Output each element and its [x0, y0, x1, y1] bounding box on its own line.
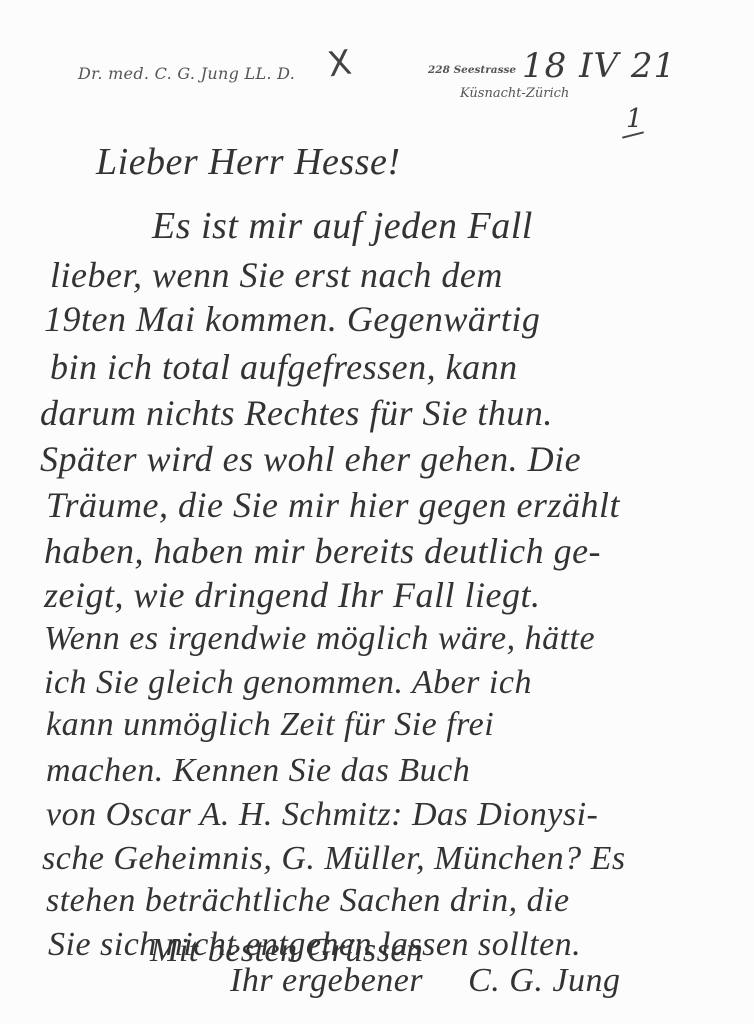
body-line-15: sche Geheimnis, G. Müller, München? Es: [42, 840, 626, 878]
body-line-16: stehen beträchtliche Sachen drin, die: [46, 882, 570, 920]
body-line-3: 19ten Mai kommen. Gegenwärtig: [44, 298, 540, 340]
body-line-14: von Oscar A. H. Schmitz: Das Dionysi-: [46, 796, 598, 834]
date-text: 18 IV 21: [522, 46, 676, 86]
body-line-13: machen. Kennen Sie das Buch: [46, 752, 470, 790]
body-line-10: Wenn es irgendwie möglich wäre, hätte: [44, 620, 595, 658]
signature: C. G. Jung: [468, 962, 620, 999]
body-line-4: bin ich total aufgefressen, kann: [50, 346, 518, 388]
letterhead-street: 228 Seestrasse: [428, 64, 516, 76]
signature-block: Ihr ergebener C. G. Jung: [230, 962, 620, 1000]
body-line-5: darum nichts Rechtes für Sie thun.: [40, 392, 553, 434]
letterhead-city: Küsnacht-Zürich: [460, 86, 569, 101]
body-line-9: zeigt, wie dringend Ihr Fall liegt.: [44, 574, 540, 616]
body-line-7: Träume, die Sie mir hier gegen erzählt: [46, 484, 620, 526]
salutation: Lieber Herr Hesse!: [96, 140, 401, 184]
page-number: 1: [626, 104, 643, 134]
signoff: Ihr ergebener: [230, 962, 423, 999]
letter-page: Dr. med. C. G. Jung LL. D. X 228 Seestra…: [0, 0, 754, 1024]
body-line-2: lieber, wenn Sie erst nach dem: [50, 254, 503, 296]
body-line-6: Später wird es wohl eher gehen. Die: [40, 438, 581, 480]
x-mark-annotation: X: [325, 43, 354, 86]
body-line-8: haben, haben mir bereits deutlich ge-: [44, 530, 601, 572]
letterhead-name: Dr. med. C. G. Jung LL. D.: [78, 64, 295, 83]
body-line-1: Es ist mir auf jeden Fall: [152, 204, 533, 248]
letter-date: 18 IV 21: [522, 46, 676, 86]
body-line-11: ich Sie gleich genommen. Aber ich: [44, 664, 532, 702]
body-line-12: kann unmöglich Zeit für Sie frei: [46, 706, 494, 744]
